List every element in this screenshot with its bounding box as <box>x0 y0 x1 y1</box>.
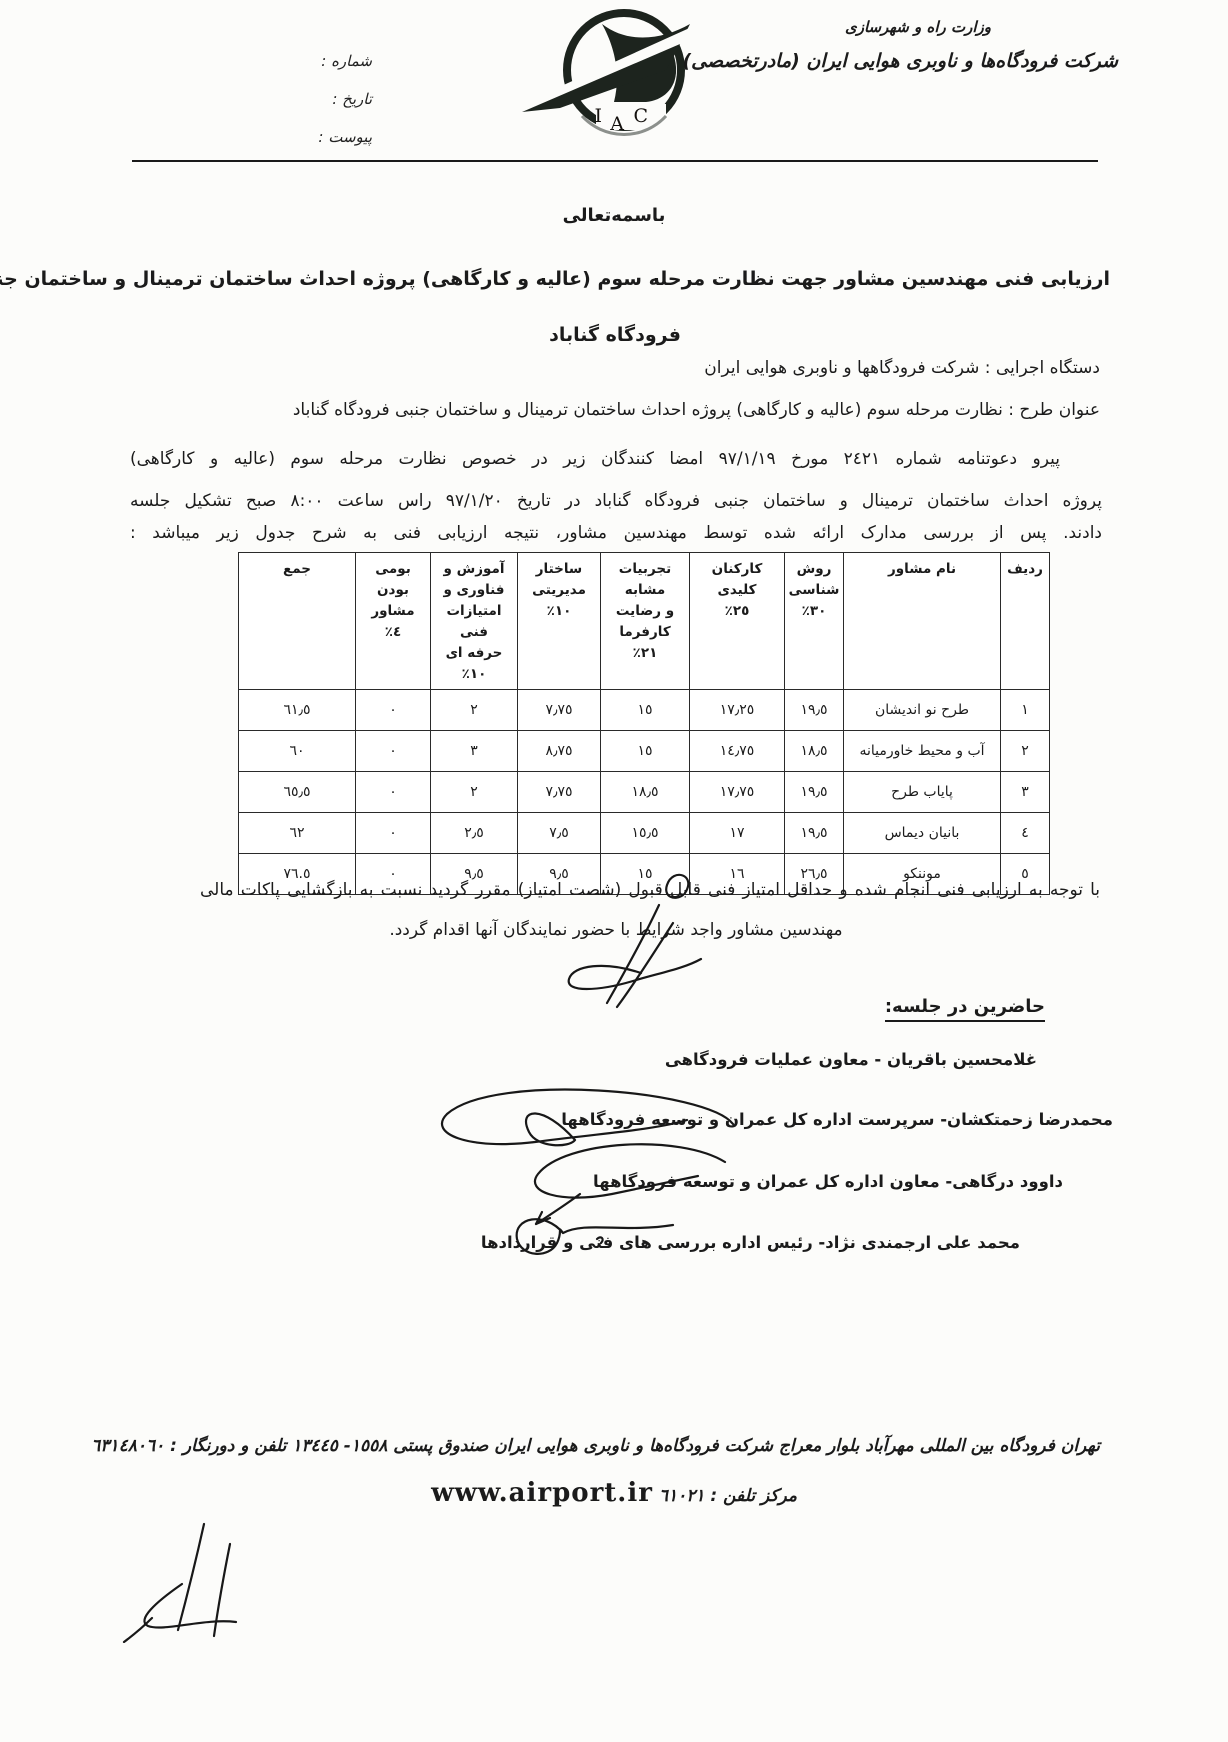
row-number-cell: ٣ <box>1001 771 1050 812</box>
signature-scribble-4 <box>505 1205 680 1275</box>
score-cell: ٠ <box>356 812 431 853</box>
consultant-name-cell: طرح نو اندیشان <box>844 689 1001 730</box>
score-cell: ١٨٫٥ <box>785 730 844 771</box>
column-header: جمع <box>239 553 356 690</box>
scanned-letter-page: شماره : تاریخ : پیوست : I A C وزارت راه … <box>0 0 1228 1742</box>
score-cell: ١٤٫٧٥ <box>690 730 785 771</box>
score-cell: ٦١٫٥ <box>239 689 356 730</box>
score-cell: ١٩٫٥ <box>785 689 844 730</box>
body-paragraph-line-1: پیرو دعوتنامه شماره ٢٤٢١ مورخ ٩٧/١/١٩ ام… <box>130 449 1102 469</box>
document-title-line1: ارزیابی فنی مهندسین مشاور جهت نظارت مرحل… <box>120 268 1110 290</box>
row-number-cell: ٢ <box>1001 730 1050 771</box>
score-cell: ١٩٫٥ <box>785 812 844 853</box>
invocation: باسمه‌تعالی <box>114 205 1114 226</box>
signature-scribble-5 <box>118 1518 283 1643</box>
column-header: روش شناسی ٣٠٪ <box>785 553 844 690</box>
footer-contact: مرکز تلفن : ٦١٠٢١ www.airport.ir <box>128 1478 1100 1508</box>
letterhead-right: وزارت راه و شهرسازی شرکت فرودگاه‌ها و نا… <box>718 18 1118 72</box>
score-cell: ٠ <box>356 730 431 771</box>
score-cell: ١٨٫٥ <box>601 771 690 812</box>
attendee-line-1: غلامحسین باقریان - معاون عملیات فرودگاهی <box>665 1050 1037 1069</box>
row-number-cell: ١ <box>1001 689 1050 730</box>
column-header: ردیف <box>1001 553 1050 690</box>
score-cell: ٨٫٧٥ <box>518 730 601 771</box>
score-cell: ١٧٫٧٥ <box>690 771 785 812</box>
score-cell: ٧٫٧٥ <box>518 689 601 730</box>
table-row: ٣پایاب طرح١٩٫٥١٧٫٧٥١٨٫٥٧٫٧٥٢٠٦٥٫٥ <box>239 771 1050 812</box>
attachment-field-label: پیوست : <box>282 118 372 156</box>
score-cell: ٣ <box>431 730 518 771</box>
column-header: آموزش و فناوری و امتیازات فنی حرفه ای ١٠… <box>431 553 518 690</box>
company-title: شرکت فرودگاه‌ها و ناوبری هوایی ایران (ما… <box>718 50 1118 72</box>
score-cell: ٧٫٧٥ <box>518 771 601 812</box>
score-cell: ١٩٫٥ <box>785 771 844 812</box>
score-cell: ١٥ <box>601 689 690 730</box>
score-cell: ٦٢ <box>239 812 356 853</box>
logo-letter-c: C <box>633 105 648 127</box>
date-field-label: تاریخ : <box>282 80 372 118</box>
score-cell: ١٧٫٢٥ <box>690 689 785 730</box>
score-cell: ٠ <box>356 771 431 812</box>
evaluation-table: ردیفنام مشاورروش شناسی ٣٠٪کارکنان کلیدی … <box>238 552 1050 895</box>
column-header: تجربیات مشابه و رضایت کارفرما ٢١٪ <box>601 553 690 690</box>
score-cell: ٦٠ <box>239 730 356 771</box>
table-row: ٤بانیان دیماس١٩٫٥١٧١٥٫٥٧٫٥٢٫٥٠٦٢ <box>239 812 1050 853</box>
body-paragraph-line-2: پروژه احداث ساختمان ترمینال و ساختمان جن… <box>130 491 1102 511</box>
phone-center: مرکز تلفن : ٦١٠٢١ <box>659 1486 797 1506</box>
column-header: ساختار مدیریتی ١٠٪ <box>518 553 601 690</box>
score-cell: ٢ <box>431 689 518 730</box>
signature-scribble-1 <box>555 865 710 1015</box>
logo-letter-i: I <box>594 105 602 127</box>
letterhead-fields: شماره : تاریخ : پیوست : <box>282 42 372 156</box>
website-url: www.airport.ir <box>431 1478 653 1508</box>
table-row: ٢آب و محیط خاورمیانه١٨٫٥١٤٫٧٥١٥٨٫٧٥٣٠٦٠ <box>239 730 1050 771</box>
score-cell: ٢٫٥ <box>431 812 518 853</box>
score-cell: ١٥٫٥ <box>601 812 690 853</box>
column-header: کارکنان کلیدی ٢٥٪ <box>690 553 785 690</box>
consultant-name-cell: آب و محیط خاورمیانه <box>844 730 1001 771</box>
body-paragraph-line-3: دادند. پس از بررسی مدارک ارائه شده توسط … <box>130 523 1102 543</box>
column-header: بومی بودن مشاور ٤٪ <box>356 553 431 690</box>
score-cell: ٧٫٥ <box>518 812 601 853</box>
consultant-name-cell: پایاب طرح <box>844 771 1001 812</box>
column-header: نام مشاور <box>844 553 1001 690</box>
footer-address: تهران فرودگاه بین المللی مهرآباد بلوار م… <box>128 1436 1100 1456</box>
score-cell: ٢ <box>431 771 518 812</box>
ministry-title: وزارت راه و شهرسازی <box>718 18 1118 36</box>
agency-line: دستگاه اجرایی : شرکت فرودگاهها و ناوبری … <box>704 358 1100 378</box>
project-title-line: عنوان طرح : نظارت مرحله سوم (عالیه و کار… <box>293 400 1100 420</box>
document-title-line2: فرودگاه گناباد <box>120 324 1110 346</box>
row-number-cell: ٤ <box>1001 812 1050 853</box>
score-cell: ٠ <box>356 689 431 730</box>
table-header-row: ردیفنام مشاورروش شناسی ٣٠٪کارکنان کلیدی … <box>239 553 1050 690</box>
table-row: ١طرح نو اندیشان١٩٫٥١٧٫٢٥١٥٧٫٧٥٢٠٦١٫٥ <box>239 689 1050 730</box>
score-cell: ١٥ <box>601 730 690 771</box>
number-field-label: شماره : <box>282 42 372 80</box>
header-divider <box>132 160 1098 162</box>
consultant-name-cell: بانیان دیماس <box>844 812 1001 853</box>
attendees-heading: حاضرین در جلسه: <box>885 996 1045 1022</box>
score-cell: ٦٥٫٥ <box>239 771 356 812</box>
score-cell: ١٧ <box>690 812 785 853</box>
iac-logo-icon: I A C <box>520 4 698 140</box>
